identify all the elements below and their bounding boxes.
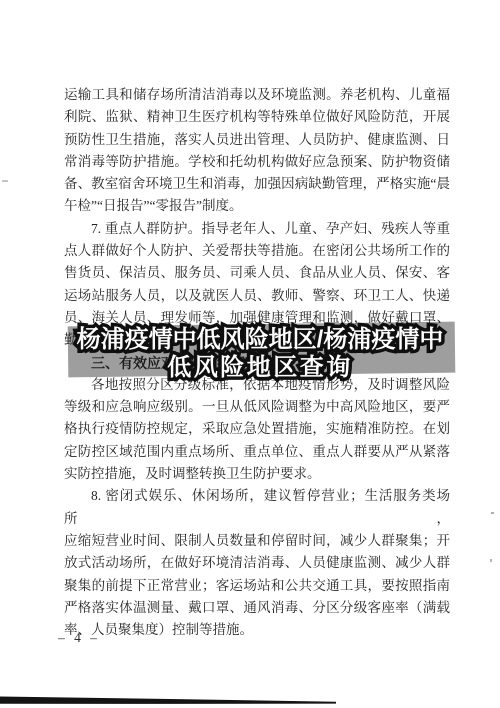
document-line: 7. 重点人群防护。指导老年人、儿童、孕产妇、残疾人等重 — [64, 218, 450, 240]
document-line: 运场站服务人员，以及就医人员、教师、警察、环卫工人、快递 — [64, 285, 450, 307]
document-page: 运输工具和储存场所清洁消毒以及环境监测。养老机构、儿童福 利院、监狱、精神卫生医… — [0, 0, 500, 708]
document-line: 聚集的前提下正常营业；客运场站和公共交通工具，要按照指南 — [64, 575, 450, 597]
watermark-title: 杨浦疫情中低风险地区/杨浦疫情中 杨浦疫情中低风险地区/杨浦疫情中 低风险地区查… — [20, 326, 500, 381]
document-line: 8. 密闭式娱乐、休闲场所，建议暂停营业；生活服务类场所， — [64, 485, 450, 530]
document-line: 利院、监狱、精神卫生医疗机构等特殊单位做好风险防范，开展 — [64, 106, 450, 128]
scan-speck — [491, 512, 494, 514]
watermark-title-fill: 低风险地区查询 — [167, 354, 353, 381]
document-line: 等级和应急响应级别。一旦从低风险调整为中高风险地区，要严 — [64, 396, 450, 418]
document-line: 点人群做好个人防护、关爱帮扶等措施。在密闭公共场所工作的 — [64, 240, 450, 262]
document-line: 放式活动场所，在做好环境清洁消毒、人员健康监测、减少人群 — [64, 552, 450, 574]
page-number: – 4 – — [58, 630, 100, 646]
document-line: 常消毒等防护措施。学校和托幼机构做好应急预案、防护物资储 — [64, 151, 450, 173]
document-line: 严格落实体温测量、戴口罩、通风消毒、分区分级客座率（满载 — [64, 597, 450, 619]
watermark-title-line-2: 低风险地区查询 低风险地区查询 — [20, 354, 500, 382]
document-line: 预防性卫生措施，落实人员进出管理、人员防护、健康监测、日 — [64, 129, 450, 151]
document-line: 运输工具和储存场所清洁消毒以及环境监测。养老机构、儿童福 — [64, 84, 450, 106]
watermark-title-line-1: 杨浦疫情中低风险地区/杨浦疫情中 杨浦疫情中低风险地区/杨浦疫情中 — [20, 326, 500, 354]
document-line: 格执行疫情防控规定，采取应急处置措施，实施精准防控。在划 — [64, 418, 450, 440]
document-line: 实防控措施，及时调整转换卫生防护要求。 — [64, 463, 450, 485]
document-line: 午检”“日报告”“零报告”制度。 — [64, 195, 450, 217]
scan-speck — [2, 180, 8, 182]
document-line: 定防控区域范围内重点场所、重点单位、重点人群要从严从紧落 — [64, 441, 450, 463]
document-line: 售货员、保洁员、服务员、司乘人员、食品从业人员、保安、客 — [64, 262, 450, 284]
scan-speck — [490, 559, 492, 562]
document-line: 应缩短营业时间、限制人员数量和停留时间，减少人群聚集；开 — [64, 530, 450, 552]
document-line: 备、教室宿舍环境卫生和消毒，加强因病缺勤管理，严格实施“晨 — [64, 173, 450, 195]
document-line: 率、人员聚集度）控制等措施。 — [64, 619, 450, 641]
watermark-title-fill: 杨浦疫情中低风险地区/杨浦疫情中 — [77, 326, 444, 353]
